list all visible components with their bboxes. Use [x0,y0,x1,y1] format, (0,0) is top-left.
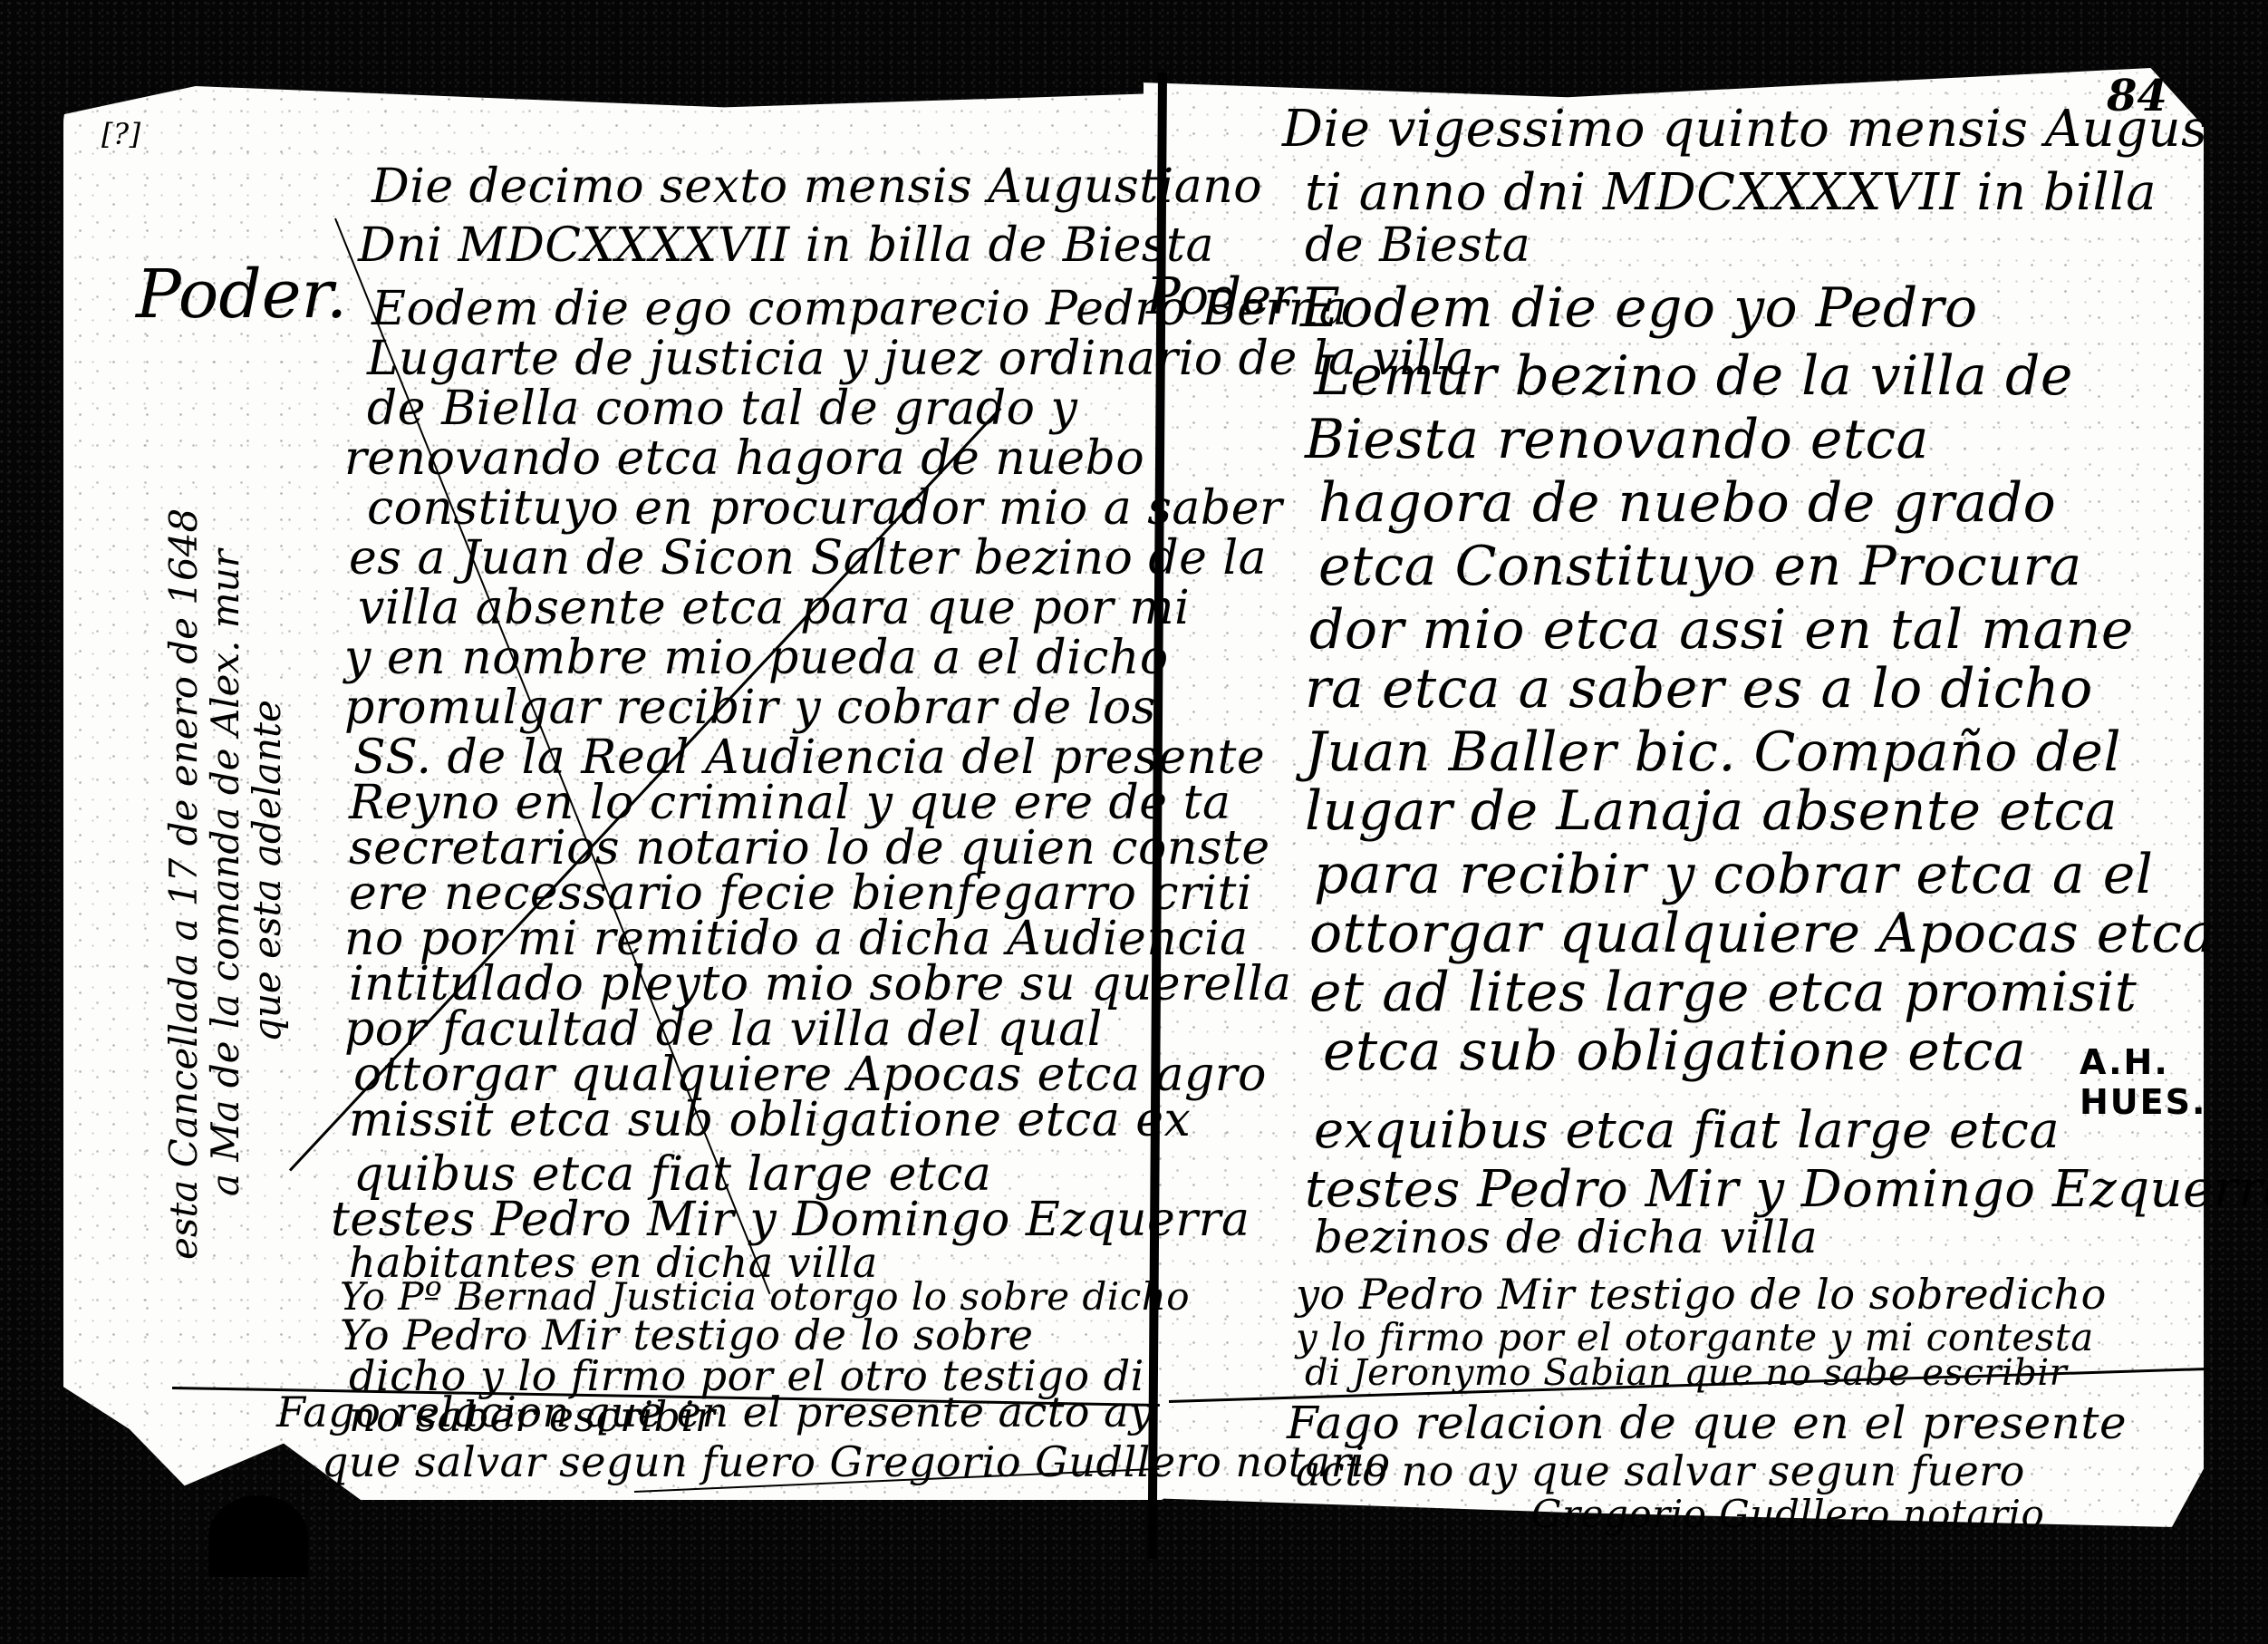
right-line: Lemur bezino de la villa de [1314,349,2073,403]
right-line: dor mio etca assi en tal mane [1309,603,2134,657]
left-line: missit etca sub obligatione etca ex [349,1097,1191,1144]
right-line: etca Constituyo en Procura [1318,539,2082,594]
stamp-line-2: HUES. [2080,1082,2206,1122]
left-line: es a Juan de Sicon Salter bezino de la [349,535,1267,582]
right-heading-poder: Poder [1146,267,1296,326]
right-line: exquibus etca fiat large etca [1314,1106,2060,1156]
right-line: para recibir y cobrar etca a el [1314,847,2153,902]
right-line: Biesta renovando etca [1305,412,1929,467]
stamp-line-1: A.H. [2080,1042,2206,1082]
right-line: Eodem die ego yo Pedro [1300,281,1978,335]
left-line: Yo Pedro Mir testigo de lo sobre [340,1314,1034,1356]
left-line: no por mi remitido a dicha Audiencia [344,915,1249,962]
corner-mark: [?] [101,120,141,149]
left-line: ottorgar qualquiere Apocas etca agro [353,1051,1267,1098]
right-footer-line: Fago relacion de que en el presente [1287,1400,2127,1446]
right-line: ottorgar qualquiere Apocas etca [1309,906,2215,961]
right-line: bezinos de dicha villa [1314,1214,1818,1260]
ink-blot [208,1495,308,1577]
right-line: y lo firmo por el otorgante y mi contest… [1296,1319,2094,1357]
left-line: Reyno en lo criminal y que ere de ta [349,779,1231,827]
left-line: Dni MDCXXXXVII in billa de Biesta [358,222,1214,269]
right-line: testes Pedro Mir y Domingo Ezquerra [1305,1165,2268,1215]
left-line: secretarios notario lo de quien conste [349,825,1270,872]
right-line: etca sub obligatione etca [1323,1024,2026,1078]
left-footer-line: Fago relacion que en el presente acto ay [276,1391,1153,1433]
left-line: Die decimo sexto mensis Augustiano [372,163,1262,210]
right-line: yo Pedro Mir testigo de lo sobredicho [1296,1273,2107,1315]
right-line: Die vigessimo quinto mensis Augus [1282,104,2207,155]
left-heading-poder: Poder. [136,256,347,334]
right-line: ra etca a saber es a lo dicho [1305,662,2093,716]
right-line: ti anno dni MDCXXXXVII in billa [1305,168,2157,218]
left-line: promulgar recibir y cobrar de los [344,684,1156,731]
left-line: quibus etca fiat large etca [353,1151,991,1198]
left-line: Lugarte de justicia y juez ordinario de … [367,335,1474,382]
left-line: villa absente etca para que por mi [358,585,1190,632]
left-line: testes Pedro Mir y Domingo Ezquerra [331,1196,1250,1243]
left-footer-line: que salvar segun fuero Gregorio Gudllero… [322,1441,1391,1483]
right-line: de Biesta [1305,222,1530,269]
left-line: constituyo en procurador mio a saber [367,485,1282,532]
archive-stamp: A.H. HUES. [2080,1042,2206,1122]
margin-note-line-1: esta Cancellada a 17 de enero de 1648 [161,508,206,1260]
margin-note-line-3: que esta adelante [245,700,289,1042]
right-line: et ad lites large etca promisit [1309,965,2137,1020]
left-line: SS. de la Real Audiencia del presente [353,734,1265,781]
left-line: de Biella como tal de grado y [367,385,1077,432]
right-line: lugar de Lanaja absente etca [1305,784,2118,838]
left-line: por facultad de la villa del qual [344,1006,1103,1053]
margin-note-line-2: a Ma de la comanda de Alex. mur [203,549,247,1196]
left-line: ere necessario fecie bienfegarro criti [349,870,1252,917]
left-line: renovando etca hagora de nuebo [344,435,1144,482]
left-line: intitulado pleyto mio sobre su querella [349,961,1291,1008]
right-footer-line: acto no ay que salvar segun fuero [1296,1450,2025,1492]
left-line: y en nombre mio pueda a el dicho [344,634,1169,682]
right-line: Juan Baller bic. Compaño del [1305,725,2121,779]
right-line: hagora de nuebo de grado [1318,476,2056,530]
right-footer-signature: Gregorio Gudllero notario [1531,1495,2044,1533]
